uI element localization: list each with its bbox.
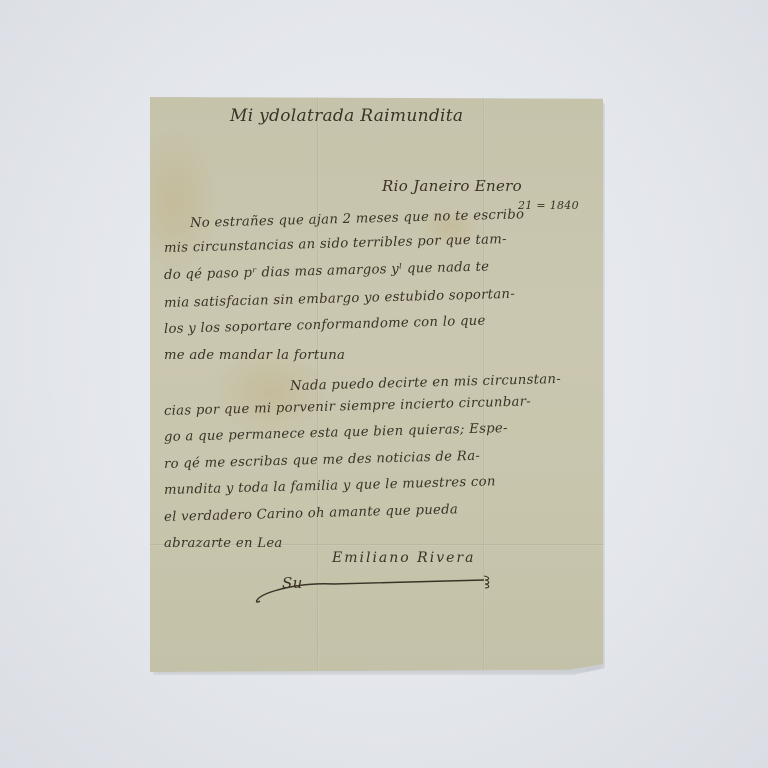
body-line: do qé paso pʳ dias mas amargos yˡ que na…: [164, 259, 490, 283]
body-line: mis circunstancias an sido terribles por…: [164, 232, 507, 256]
letter-paper: Mi ydolatrada Raimundita Rio Janeiro Ene…: [150, 97, 603, 672]
body-line: el verdadero Carino oh amante que pueda: [164, 502, 458, 525]
salutation: Mi ydolatrada Raimundita: [230, 106, 463, 126]
body-line: los y los soportare conformandome con lo…: [164, 314, 486, 337]
body-line: me ade mandar la fortuna: [164, 348, 345, 363]
place: Rio Janeiro Enero: [382, 177, 522, 195]
body-line: mia satisfacian sin embargo yo estubido …: [164, 287, 515, 311]
body-line: ro qé me escribas que me des noticias de…: [164, 449, 481, 472]
body-line: Nada puedo decirte en mis circunstan-: [290, 372, 561, 394]
signature-flourish: [254, 575, 490, 605]
body-line: go a que permanece esta que bien quieras…: [164, 421, 508, 445]
body-line: mundita y toda la familia y que le muest…: [164, 474, 496, 498]
date: 21 = 1840: [518, 199, 579, 212]
body-line: abrazarte en Lea: [164, 536, 283, 551]
signature-name: Emiliano Rivera: [332, 550, 475, 566]
